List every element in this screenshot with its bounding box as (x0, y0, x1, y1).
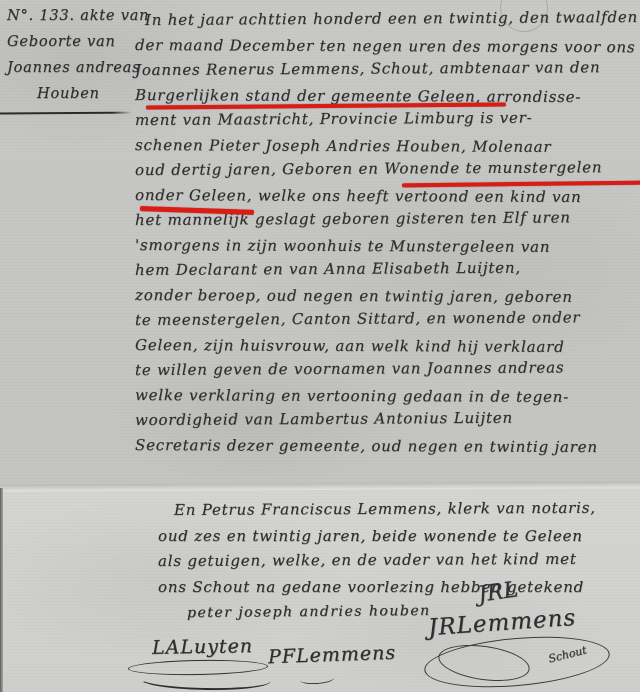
closing-line: oud zes en twintig jaren, beide wonende … (158, 527, 596, 553)
closing-line: als getuigen, welke, en de vader van het… (158, 550, 596, 578)
body-line: In het jaar achttien honderd een en twin… (135, 8, 638, 36)
document-scan: N°. 133. akte van Geboorte van Joannes a… (0, 0, 640, 692)
body-line: te willen geven de voornamen van Joannes… (135, 358, 638, 386)
closing-line: En Petrus Franciscus Lemmens, klerk van … (158, 499, 596, 527)
page-edge-shadow (0, 488, 3, 692)
act-number: N°. 133. akte van (7, 8, 137, 34)
closing-line: ons Schout na gedane voorlezing hebben g… (158, 578, 596, 604)
body-line: woordigheid van Lambertus Antonius Luijt… (135, 408, 638, 436)
margin-note-surname: Houben (7, 86, 137, 112)
act-body-text: In het jaar achttien honderd een en twin… (135, 11, 638, 461)
closing-paragraph: En Petrus Franciscus Lemmens, klerk van … (158, 501, 596, 603)
signature-secretary: LALuyten (152, 635, 253, 659)
body-line: Secretaris dezer gemeente, oud negen en … (135, 436, 638, 463)
margin-note-geboorte: Geboorte van (7, 34, 137, 60)
body-line: ment van Maastricht, Provincie Limburg i… (135, 108, 638, 136)
margin-notes: N°. 133. akte van Geboorte van Joannes a… (7, 8, 137, 112)
body-line: hem Declarant en van Anna Elisabeth Luij… (135, 258, 638, 286)
signature-father: peter joseph andries houben (187, 603, 431, 621)
body-line: te meenstergelen, Canton Sittard, en won… (135, 308, 638, 336)
signature-clerk: PFLemmens (268, 642, 397, 668)
margin-note-given-names: Joannes andreas (7, 60, 137, 86)
body-line: Joannes Renerus Lemmens, Schout, ambtena… (135, 58, 638, 86)
